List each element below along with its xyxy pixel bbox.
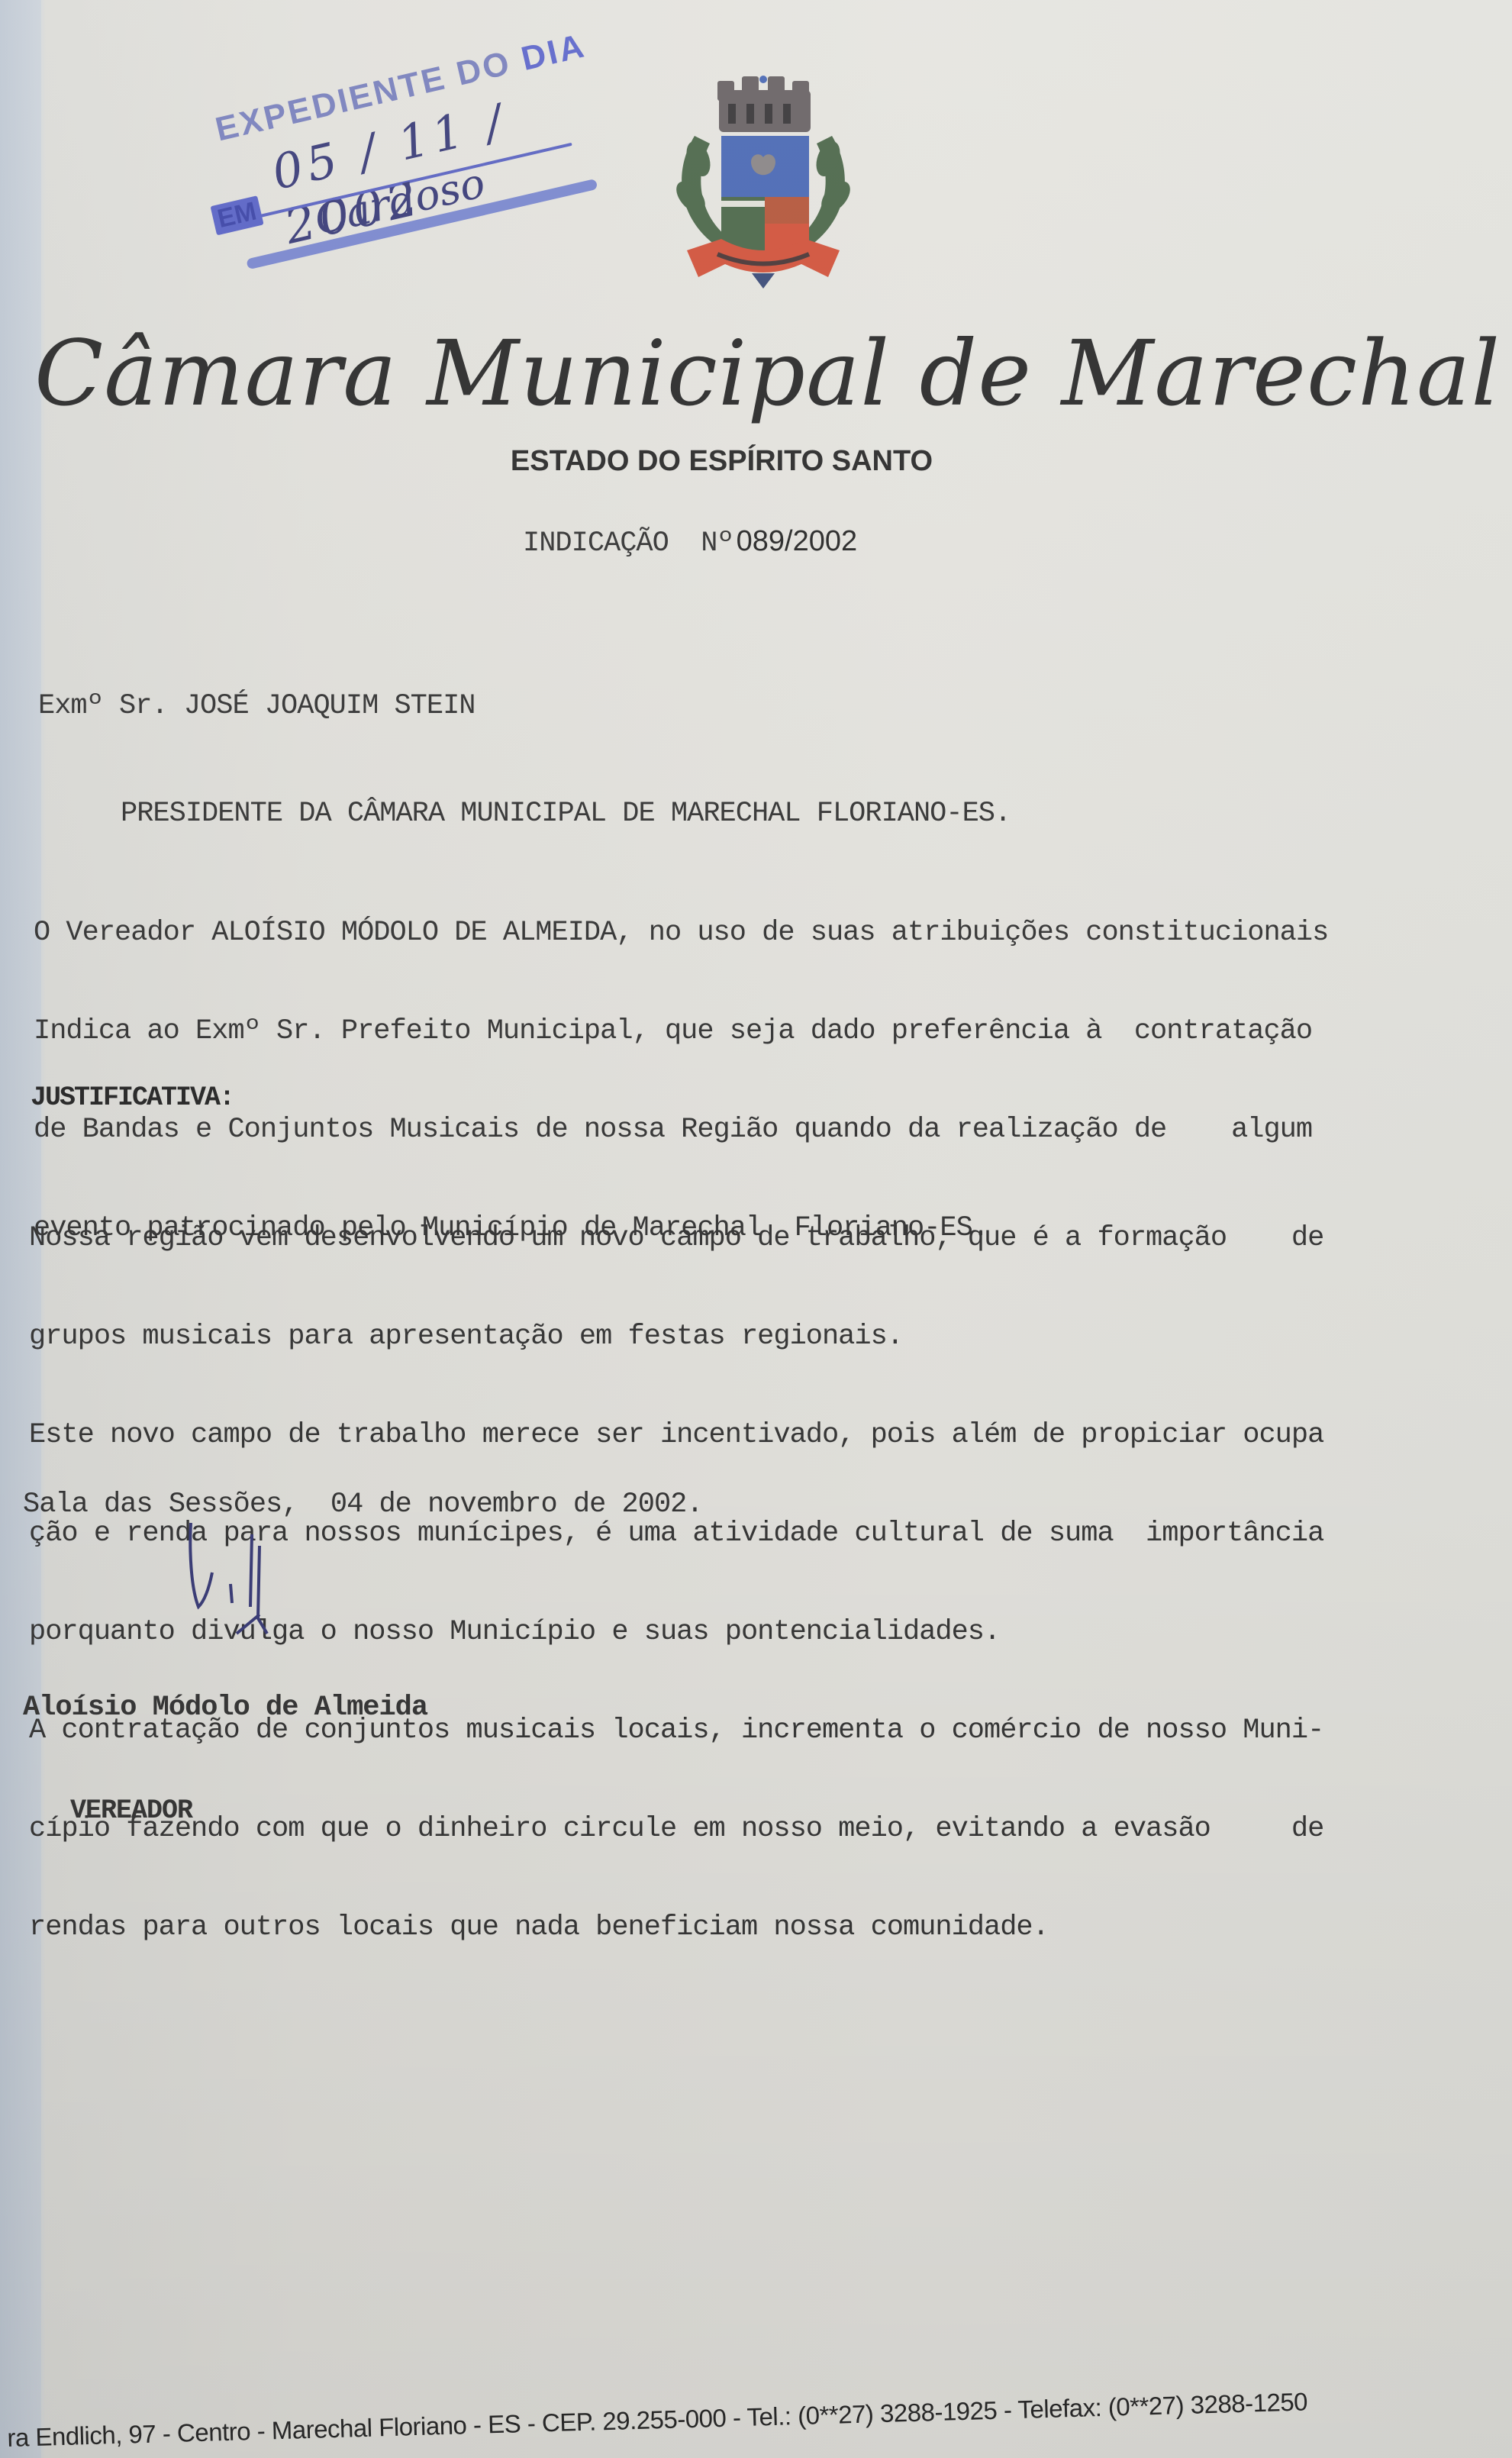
addressee-title: PRESIDENTE DA CÂMARA MUNICIPAL DE MARECH…: [38, 796, 1011, 832]
closing-date-line: Sala das Sessões, 04 de novembro de 2002…: [23, 1489, 703, 1521]
received-stamp: EXPEDIENTE DO DIA 05 / 11 / 2002 EM Card…: [179, 0, 646, 289]
body-line: Indica ao Exmº Sr. Prefeito Municipal, q…: [34, 1015, 1385, 1048]
body-line: de Bandas e Conjuntos Musicais de nossa …: [34, 1114, 1385, 1147]
document-number: INDICAÇÃO Nº 089/2002: [523, 525, 857, 560]
signer-block: Aloísio Módolo de Almeida VEREADOR: [23, 1622, 427, 1863]
stamp-prefix: EM: [210, 195, 263, 235]
justification-line: grupos musicais para apresentação em fes…: [29, 1321, 1388, 1353]
justification-line: Este novo campo de trabalho merece ser i…: [29, 1419, 1388, 1452]
addressee: Exmº Sr. JOSÉ JOAQUIM STEIN PRESIDENTE D…: [38, 617, 1011, 868]
signer-name: Aloísio Módolo de Almeida: [23, 1691, 427, 1725]
justification-line: Nossa região vem desenvolvendo um novo c…: [29, 1222, 1388, 1255]
document-number-value: 089/2002: [737, 525, 858, 557]
justification-heading: JUSTIFICATIVA:: [31, 1082, 234, 1113]
addressee-name: Exmº Sr. JOSÉ JOAQUIM STEIN: [38, 689, 1011, 724]
coat-of-arms-icon: [664, 67, 862, 289]
letterhead-footer-address: ra Endlich, 97 - Centro - Marechal Flori…: [7, 2387, 1308, 2453]
document-type-label: INDICAÇÃO Nº: [523, 527, 733, 560]
body-line: O Vereador ALOÍSIO MÓDOLO DE ALMEIDA, no…: [34, 917, 1385, 950]
institution-title: Câmara Municipal de Marechal Floriano: [34, 321, 1393, 426]
signer-role: VEREADOR: [23, 1794, 427, 1828]
stamp-header-dia: DIA: [517, 27, 589, 78]
justification-line: rendas para outros locais que nada benef…: [29, 1911, 1388, 1944]
state-subtitle: ESTADO DO ESPÍRITO SANTO: [0, 445, 1478, 478]
